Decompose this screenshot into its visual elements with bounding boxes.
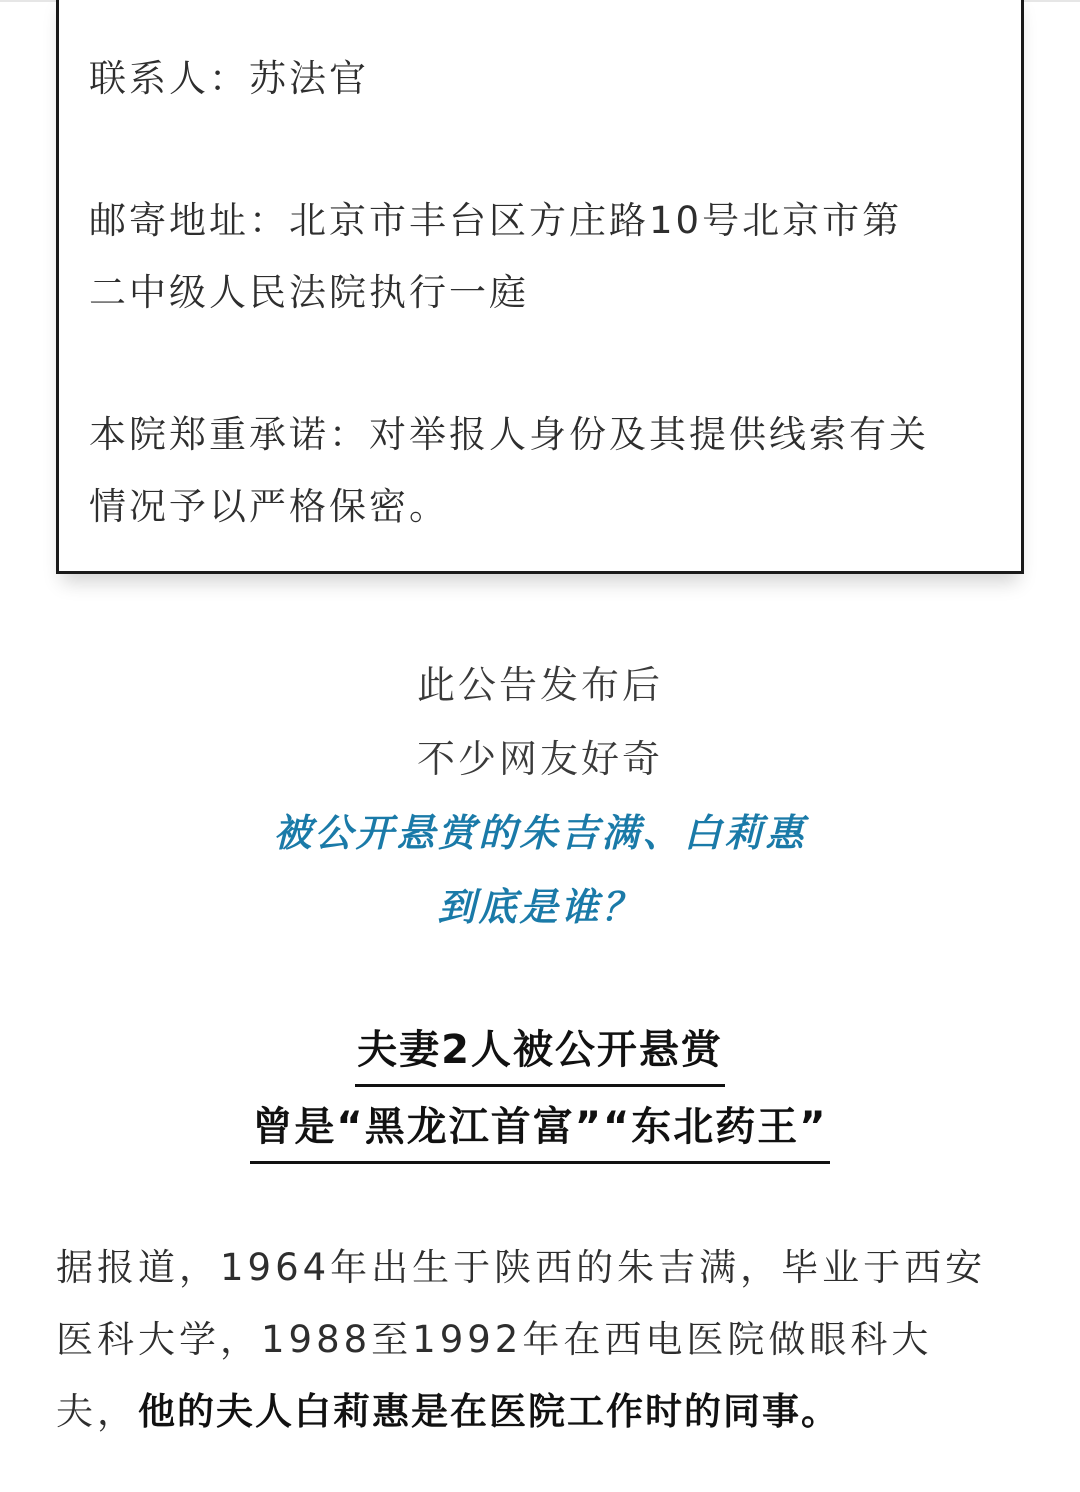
section-heading: 夫妻2人被公开悬赏 曾是“黑龙江首富”“东北药王” bbox=[0, 1020, 1080, 1174]
question-line-1: 被公开悬赏的朱吉满、白莉惠 bbox=[0, 796, 1080, 870]
intro-block: 此公告发布后 不少网友好奇 被公开悬赏的朱吉满、白莉惠 到底是谁？ bbox=[0, 648, 1080, 944]
body-line-3-plain: 夫， bbox=[56, 1390, 138, 1433]
body-line-3-bold: 他的夫人白莉惠是在医院工作时的同事。 bbox=[138, 1390, 840, 1433]
intro-line-2: 不少网友好奇 bbox=[0, 722, 1080, 796]
mailing-address-line-2: 二中级人民法院执行一庭 bbox=[89, 257, 1009, 329]
body-paragraph: 据报道，1964年出生于陕西的朱吉满，毕业于西安 医科大学，1988至1992年… bbox=[56, 1232, 1026, 1448]
body-line-3: 夫，他的夫人白莉惠是在医院工作时的同事。 bbox=[56, 1376, 1026, 1448]
mailing-address-line-1: 邮寄地址：北京市丰台区方庄路10号北京市第 bbox=[89, 185, 1009, 257]
body-line-2: 医科大学，1988至1992年在西电医院做眼科大 bbox=[56, 1304, 1026, 1376]
contact-person: 联系人：苏法官 bbox=[89, 43, 1009, 115]
intro-line-1: 此公告发布后 bbox=[0, 648, 1080, 722]
question-line-2: 到底是谁？ bbox=[0, 870, 1080, 944]
confidentiality-line-2: 情况予以严格保密。 bbox=[89, 471, 1009, 543]
body-line-1: 据报道，1964年出生于陕西的朱吉满，毕业于西安 bbox=[56, 1232, 1026, 1304]
notice-box: 联系人：苏法官 邮寄地址：北京市丰台区方庄路10号北京市第 二中级人民法院执行一… bbox=[56, 0, 1024, 574]
section-heading-line-1: 夫妻2人被公开悬赏 bbox=[355, 1020, 725, 1087]
confidentiality-line-1: 本院郑重承诺：对举报人身份及其提供线索有关 bbox=[89, 399, 1009, 471]
section-heading-line-2: 曾是“黑龙江首富”“东北药王” bbox=[250, 1097, 829, 1164]
